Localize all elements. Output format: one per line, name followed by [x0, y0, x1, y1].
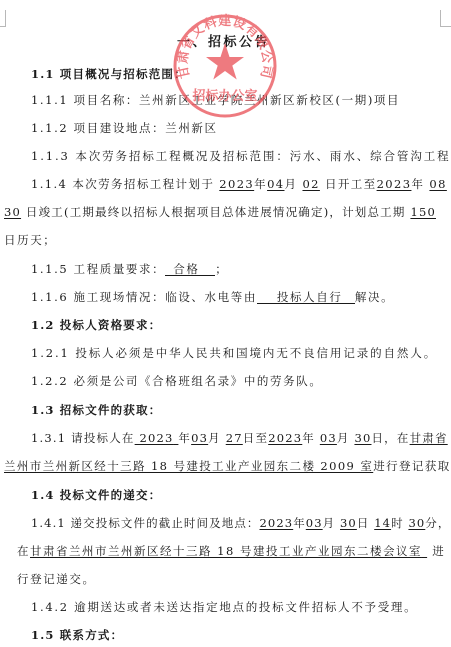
year-char: 年: [178, 431, 191, 445]
to-text: 日至: [243, 431, 268, 445]
submission-location: 甘肃省兰州市兰州新区经十三路 18 号建投工业产业园东二楼会议室: [30, 544, 427, 558]
project-location: 兰州新区: [165, 121, 217, 135]
end-day: 30: [4, 205, 21, 219]
site-utilities-responsible: 投标人自行: [257, 291, 355, 304]
item-1-1-6-label: 1.1.6 施工现场情况：临设、水电等由: [31, 290, 257, 304]
month-char: 月: [323, 516, 336, 530]
start-month: 04: [267, 177, 284, 191]
end-year: 2023: [377, 177, 412, 191]
hour-char: 时: [391, 516, 404, 530]
document-title: 一、招标公告: [177, 36, 270, 50]
mid-text: 日，在: [371, 431, 409, 445]
loc-prefix: 在: [17, 544, 30, 558]
acquire-location-part2: 兰州市兰州新区经十三路 18 号建投工业产业园东二楼 2009 室: [4, 459, 373, 473]
year-char: 年: [302, 431, 315, 445]
item-1-1-5: 1.1.5 工程质量要求：合格；: [31, 262, 228, 276]
item-1-1-6: 1.1.6 施工现场情况：临设、水电等由投标人自行解决。: [31, 290, 394, 304]
section-heading-1-2: 1.2 投标人资格要求：: [31, 318, 161, 332]
acquire-start-year-value: 2023: [139, 431, 173, 445]
acquire-start-year: 2023: [135, 431, 179, 445]
item-1-1-4-line2: 30 日竣工(工期最终以招标人根据项目总体进展情况确定)，计划总工期 150: [4, 205, 436, 219]
start-day: 02: [302, 177, 319, 191]
item-1-1-2: 1.1.2 项目建设地点：兰州新区: [31, 121, 218, 135]
item-1-1-5-suffix: ；: [215, 262, 228, 276]
acquire-suffix: 进行登记获取。: [373, 459, 451, 473]
submission-location-value: 甘肃省兰州市兰州新区经十三路 18 号建投工业产业园东二楼会议室: [30, 544, 422, 558]
project-name: 兰州新区工业学院兰州新区新校区(一期)项目: [139, 93, 400, 107]
submission-suffix-1: 进: [432, 544, 445, 558]
section-heading-1-1: 1.1 项目概况与招标范围：: [31, 67, 187, 81]
deadline-day: 30: [340, 516, 357, 530]
item-1-2-2: 1.2.2 必须是公司《合格班组名录》中的劳务队。: [31, 374, 322, 388]
item-1-1-4-prefix: 1.1.4 本次劳务招标工程计划于: [31, 177, 214, 191]
deadline-year: 2023: [260, 516, 294, 530]
page-corner-mark-top-right: [440, 10, 451, 27]
item-1-4-1-line1: 1.4.1 递交投标文件的截止时间及地点：2023年03月 30日 14时 30…: [31, 516, 450, 530]
month-char: 月: [285, 177, 298, 191]
acquire-end-month: 03: [320, 431, 337, 445]
year-char: 年: [254, 177, 267, 191]
start-year: 2023: [219, 177, 254, 191]
section-heading-1-5: 1.5 联系方式：: [31, 628, 123, 642]
item-1-1-4-line3: 日历天；: [4, 233, 56, 247]
deadline-month: 03: [306, 516, 323, 530]
acquire-end-day: 30: [354, 431, 371, 445]
deadline-hour: 14: [374, 516, 391, 530]
month-char: 月: [337, 431, 350, 445]
item-1-1-4-line1: 1.1.4 本次劳务招标工程计划于 2023年04月 02 日开工至2023年 …: [31, 177, 451, 191]
end-month: 08: [429, 177, 446, 191]
year-char: 年: [411, 177, 424, 191]
acquire-start-month: 03: [191, 431, 208, 445]
section-heading-1-4: 1.4 投标文件的递交：: [31, 488, 161, 502]
section-heading-1-3: 1.3 招标文件的获取：: [31, 403, 161, 417]
item-1-3-1-line1: 1.3.1 请投标人在 2023 年03月 27日至2023年 03月 30日，…: [31, 431, 448, 445]
start-suffix: 日开工至: [325, 177, 377, 191]
acquire-start-day: 27: [226, 431, 243, 445]
acquire-end-year: 2023: [268, 431, 302, 445]
item-1-3-1-prefix: 1.3.1 请投标人在: [31, 431, 135, 445]
document-page: 一、招标公告 1.1 项目概况与招标范围： 1.1.1 项目名称：兰州新区工业学…: [0, 0, 451, 647]
end-suffix: 日竣工(工期最终以招标人根据项目总体进展情况确定)，计划总工期: [26, 205, 406, 219]
item-1-1-2-label: 1.1.2 项目建设地点：: [31, 121, 165, 135]
item-1-4-1-line2: 在甘肃省兰州市兰州新区经十三路 18 号建投工业产业园东二楼会议室 进: [17, 544, 445, 558]
duration: 150: [410, 205, 436, 219]
quality-requirement: 合格: [165, 263, 215, 276]
year-char: 年: [293, 516, 306, 530]
item-1-4-2: 1.4.2 逾期送达或者未送达指定地点的投标文件招标人不予受理。: [31, 600, 417, 614]
item-1-3-1-line2: 兰州市兰州新区经十三路 18 号建投工业产业园东二楼 2009 室进行登记获取。: [4, 459, 451, 473]
item-1-1-6-suffix: 解决。: [355, 290, 394, 304]
deadline-minute: 30: [408, 516, 425, 530]
item-1-1-1-label: 1.1.1 项目名称：: [31, 93, 139, 107]
item-1-1-5-label: 1.1.5 工程质量要求：: [31, 262, 165, 276]
item-1-2-1: 1.2.1 投标人必须是中华人民共和国境内无不良信用记录的自然人。: [31, 346, 437, 360]
item-1-1-3: 1.1.3 本次劳务招标工程概况及招标范围：污水、雨水、综合管沟工程。: [31, 149, 451, 163]
minute-char: 分，: [425, 516, 450, 530]
page-corner-mark-top-left: [0, 10, 6, 27]
item-1-1-1: 1.1.1 项目名称：兰州新区工业学院兰州新区新校区(一期)项目: [31, 93, 400, 107]
item-1-4-1-prefix: 1.4.1 递交投标文件的截止时间及地点：: [31, 516, 260, 530]
acquire-location-part1: 甘肃省: [410, 431, 448, 445]
month-char: 月: [208, 431, 221, 445]
item-1-4-1-line3: 行登记递交。: [17, 572, 96, 586]
